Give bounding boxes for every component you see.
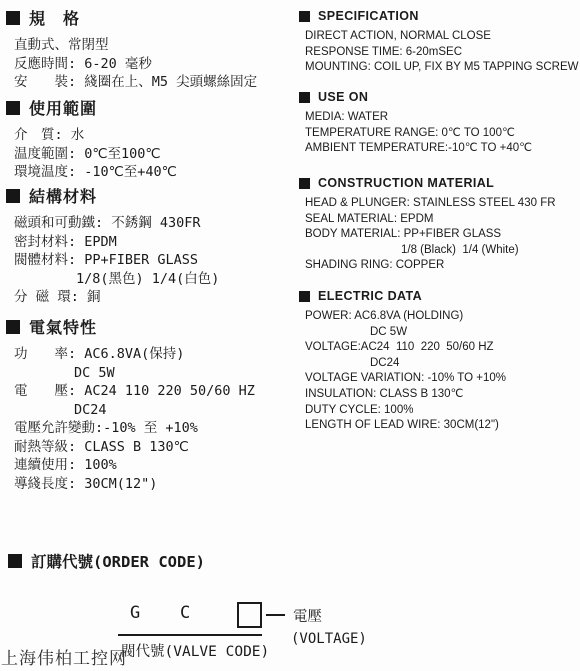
order-code-voltage-box xyxy=(237,602,262,628)
spec-line: MOUNTING: COIL UP, FIX BY M5 TAPPING SCR… xyxy=(299,60,580,76)
spec-line: 導綫長度: 30CM(12") xyxy=(6,475,294,494)
spec-line: 反應時間: 6-20 毫秒 xyxy=(6,55,294,74)
spec-line: DIRECT ACTION, NORMAL CLOSE xyxy=(299,29,580,45)
spec-line: DC 5W xyxy=(299,325,580,341)
spec-line: 1/8(黑色) 1/4(白色) xyxy=(6,270,294,289)
section-title: USE ON xyxy=(318,90,368,104)
spec-line: INSULATION: CLASS B 130℃ xyxy=(299,387,580,403)
section-order-code: 訂購代號(ORDER CODE) xyxy=(8,550,205,572)
spec-line: BODY MATERIAL: PP+FIBER GLASS xyxy=(299,227,580,243)
spec-line: 電壓允許變動:-10% 至 +10% xyxy=(6,419,294,438)
spec-line: SEAL MATERIAL: EPDM xyxy=(299,212,580,228)
spec-line: DUTY CYCLE: 100% xyxy=(299,403,580,419)
spec-sheet-page: 規 格 直動式、常閉型 反應時間: 6-20 毫秒 安 裝: 綫圈在上、M5 尖… xyxy=(0,0,580,671)
spec-line: 環境温度: -10℃至+40℃ xyxy=(6,163,294,182)
watermark-text: 上海伟柏工控网 xyxy=(1,644,127,669)
section-bullet-icon xyxy=(6,11,20,25)
section-header: 結構材料 xyxy=(6,184,294,207)
spec-line: 耐熱等級: CLASS B 130℃ xyxy=(6,438,294,457)
valve-code-underline xyxy=(118,634,262,636)
spec-line: 功 率: AC6.8VA(保持) xyxy=(6,345,294,364)
valve-code-label: 閥代號(VALVE CODE) xyxy=(121,640,269,661)
section-title: 結構材料 xyxy=(29,184,97,207)
section-header: ELECTRIC DATA xyxy=(299,289,580,303)
section-header: USE ON xyxy=(299,90,580,104)
section-electric-cn: 電氣特性 功 率: AC6.8VA(保持) DC 5W 電 壓: AC24 11… xyxy=(6,315,294,493)
section-title: 規 格 xyxy=(29,6,80,29)
section-spec-cn: 規 格 直動式、常閉型 反應時間: 6-20 毫秒 安 裝: 綫圈在上、M5 尖… xyxy=(6,6,294,92)
spec-line: TEMPERATURE RANGE: 0℃ TO 100℃ xyxy=(299,126,580,142)
spec-line: 介 質: 水 xyxy=(6,126,294,145)
section-use-on: USE ON MEDIA: WATER TEMPERATURE RANGE: 0… xyxy=(299,90,580,157)
section-title: CONSTRUCTION MATERIAL xyxy=(318,176,494,190)
section-bullet-icon xyxy=(6,320,20,334)
section-header: 使用範圍 xyxy=(6,96,294,119)
voltage-label-cn: 電壓 xyxy=(293,605,322,626)
spec-line: LENGTH OF LEAD WIRE: 30CM(12") xyxy=(299,418,580,434)
spec-line: VOLTAGE:AC24 110 220 50/60 HZ xyxy=(299,340,580,356)
spec-line: 安 裝: 綫圈在上、M5 尖頭螺絲固定 xyxy=(6,73,294,92)
spec-line: 1/8 (Black) 1/4 (White) xyxy=(299,243,580,259)
section-bullet-icon xyxy=(8,554,22,568)
section-bullet-icon xyxy=(299,92,310,103)
section-specification: SPECIFICATION DIRECT ACTION, NORMAL CLOS… xyxy=(299,9,580,76)
section-bullet-icon xyxy=(299,178,310,189)
section-header: CONSTRUCTION MATERIAL xyxy=(299,176,580,190)
spec-line: 連續使用: 100% xyxy=(6,456,294,475)
spec-line: POWER: AC6.8VA (HOLDING) xyxy=(299,309,580,325)
order-code-letter-g: G xyxy=(130,603,140,623)
section-bullet-icon xyxy=(6,101,20,115)
spec-line: MEDIA: WATER xyxy=(299,110,580,126)
spec-line: 密封材料: EPDM xyxy=(6,233,294,252)
spec-line: VOLTAGE VARIATION: -10% TO +10% xyxy=(299,371,580,387)
voltage-label-en: (VOLTAGE) xyxy=(291,631,367,647)
spec-line: DC24 xyxy=(299,356,580,372)
section-title: ELECTRIC DATA xyxy=(318,289,422,303)
order-code-dash-line xyxy=(266,614,285,616)
spec-line: 閥體材料: PP+FIBER GLASS xyxy=(6,251,294,270)
spec-line: 直動式、常閉型 xyxy=(6,36,294,55)
spec-line: HEAD & PLUNGER: STAINLESS STEEL 430 FR xyxy=(299,196,580,212)
section-use-on-cn: 使用範圍 介 質: 水 温度範圍: 0℃至100℃ 環境温度: -10℃至+40… xyxy=(6,96,294,182)
section-bullet-icon xyxy=(299,11,310,22)
section-header: 規 格 xyxy=(6,6,294,29)
spec-line: 温度範圍: 0℃至100℃ xyxy=(6,145,294,164)
spec-line: 磁頭和可動鐵: 不銹鋼 430FR xyxy=(6,214,294,233)
spec-line: 分 磁 環: 銅 xyxy=(6,288,294,307)
section-title: SPECIFICATION xyxy=(318,9,419,23)
section-title: 使用範圍 xyxy=(29,96,97,119)
spec-line: DC24 xyxy=(6,401,294,420)
spec-line: DC 5W xyxy=(6,364,294,383)
section-title: 電氣特性 xyxy=(29,315,97,338)
order-code-title: 訂購代號(ORDER CODE) xyxy=(31,550,205,572)
order-code-letter-c: C xyxy=(180,603,190,623)
spec-line: SHADING RING: COPPER xyxy=(299,258,580,274)
spec-line: 電 壓: AC24 110 220 50/60 HZ xyxy=(6,382,294,401)
section-electric-data: ELECTRIC DATA POWER: AC6.8VA (HOLDING) D… xyxy=(299,289,580,434)
section-header: 電氣特性 xyxy=(6,315,294,338)
section-header: SPECIFICATION xyxy=(299,9,580,23)
section-bullet-icon xyxy=(6,189,20,203)
section-bullet-icon xyxy=(299,291,310,302)
section-construction-material: CONSTRUCTION MATERIAL HEAD & PLUNGER: ST… xyxy=(299,176,580,274)
spec-line: AMBIENT TEMPERATURE:-10℃ TO +40℃ xyxy=(299,141,580,157)
spec-line: RESPONSE TIME: 6-20mSEC xyxy=(299,45,580,61)
section-construction-cn: 結構材料 磁頭和可動鐵: 不銹鋼 430FR 密封材料: EPDM 閥體材料: … xyxy=(6,184,294,307)
